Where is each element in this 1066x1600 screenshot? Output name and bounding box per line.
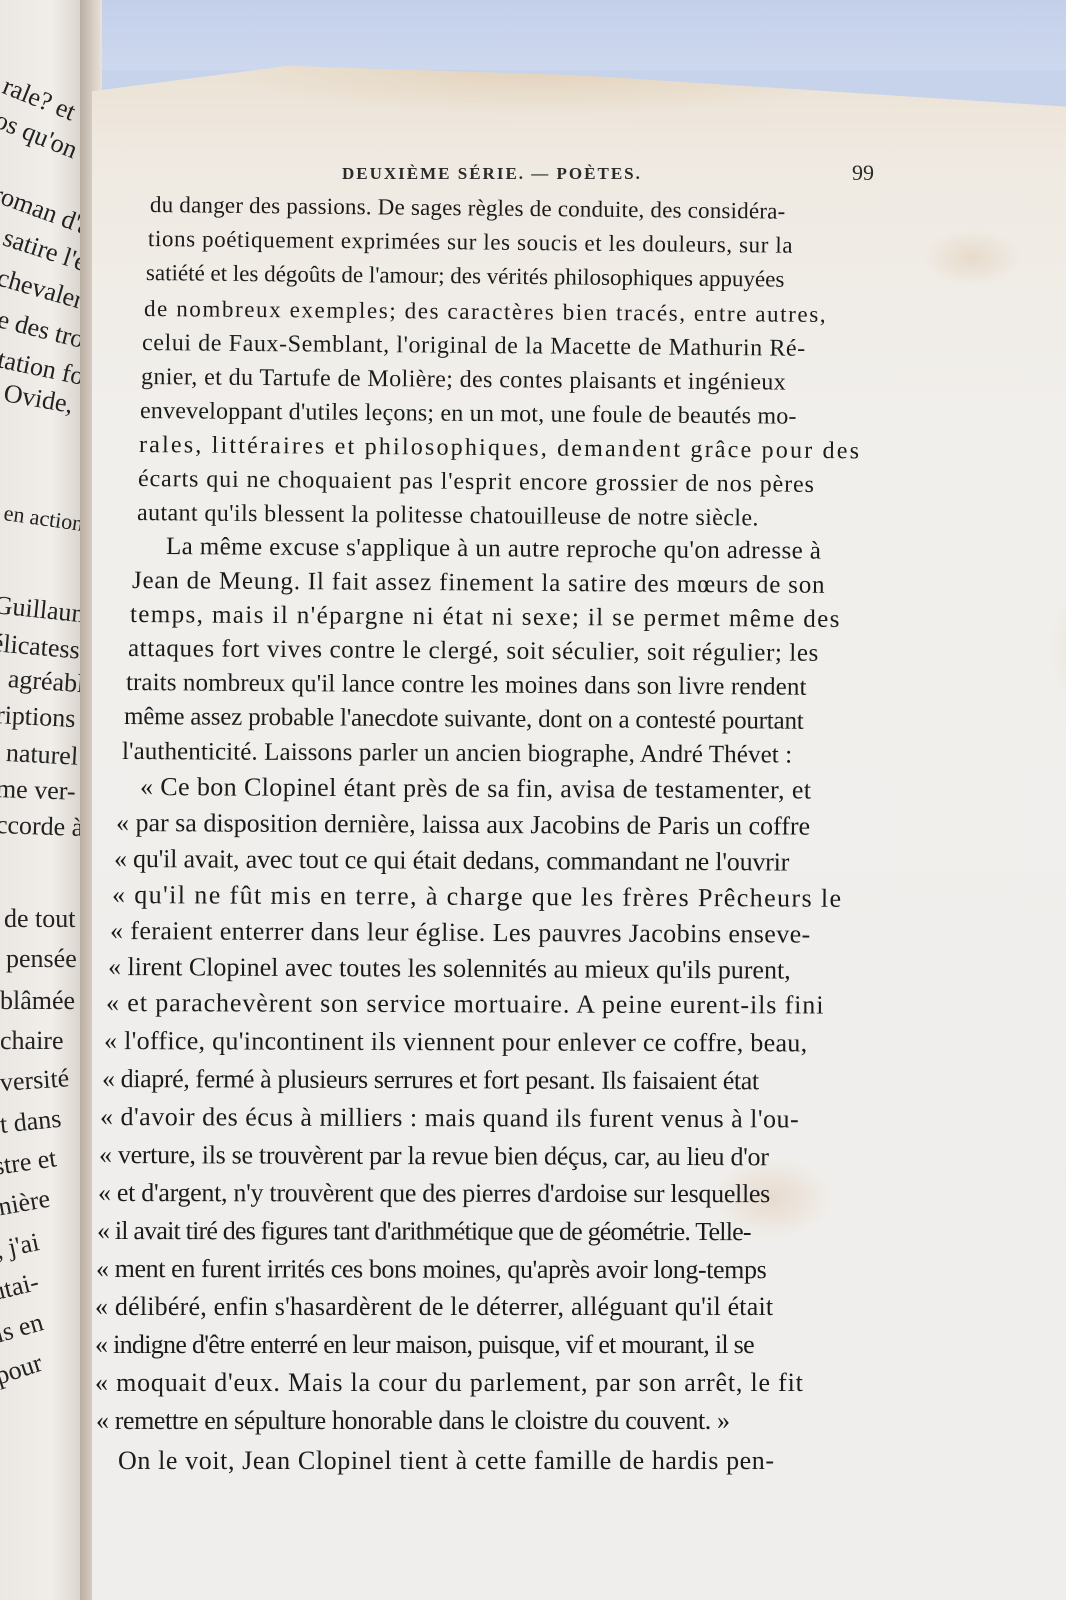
quote-line: « et parachevèrent son service mortuaire… <box>106 988 824 1021</box>
text-line: attaques fort vives contre le clergé, so… <box>128 634 819 669</box>
quote-line: « qu'il ne fût mis en terre, à charge qu… <box>112 880 843 914</box>
text-line: celui de Faux-Semblant, l'original de la… <box>142 328 806 364</box>
quote-line: « verture, ils se trouvèrent par la revu… <box>99 1140 769 1172</box>
text-line: satiété et les dégoûts de l'amour; des v… <box>146 258 785 295</box>
quote-line: « délibéré, enfin s'hasardèrent de le dé… <box>95 1292 773 1322</box>
text-line: gnier, et du Tartufe de Molière; des con… <box>141 362 786 398</box>
text-line: l'authenticité. Laissons parler un ancie… <box>122 737 792 771</box>
quote-line: « indigne d'être enterré en leur maison,… <box>95 1330 754 1360</box>
text-line: autant qu'ils blessent la politesse chat… <box>137 498 759 533</box>
quote-line: « d'avoir des écus à milliers : mais qua… <box>100 1102 799 1134</box>
text-line: Jean de Meung. Il fait assez finement la… <box>132 566 826 601</box>
quote-line: « Ce bon Clopinel étant près de sa fin, … <box>140 772 812 806</box>
quote-line: « et d'argent, n'y trouvèrent que des pi… <box>98 1178 770 1209</box>
text-line: temps, mais il n'épargne ni état ni sexe… <box>130 600 841 635</box>
quote-line: « qu'il avait, avec tout ce qui était de… <box>114 844 789 878</box>
text-line: enveveloppant d'utiles leçons; en un mot… <box>140 396 797 432</box>
text-line: tions poétiquement exprimées sur les sou… <box>148 224 793 261</box>
text-line: On le voit, Jean Clopinel tient à cette … <box>118 1446 775 1476</box>
quote-line: « feraient enterrer dans leur église. Le… <box>110 916 811 950</box>
quote-line: « diapré, fermé à plusieurs serrures et … <box>102 1064 759 1096</box>
page-text: DEUXIÈME SÉRIE. — POÈTES. 99 du danger d… <box>0 0 1066 1600</box>
text-line: de nombreux exemples; des caractères bie… <box>144 294 827 330</box>
text-line: même assez probable l'anecdote suivante,… <box>124 702 804 737</box>
running-head: DEUXIÈME SÉRIE. — POÈTES. <box>342 164 642 184</box>
text-line: La même excuse s'applique à un autre rep… <box>166 532 822 567</box>
page-number: 99 <box>852 160 874 186</box>
quote-line: « remettre en sépulture honorable dans l… <box>96 1406 730 1436</box>
text-line: rales, littéraires et philosophiques, de… <box>139 430 861 466</box>
quote-line: « par sa disposition dernière, laissa au… <box>116 808 810 842</box>
quote-line: « ment en furent irrités ces bons moines… <box>96 1254 766 1285</box>
quote-line: « il avait tiré des figures tant d'arith… <box>97 1216 751 1247</box>
quote-line: « l'office, qu'incontinent ils viennent … <box>104 1026 808 1058</box>
text-line: traits nombreux qu'il lance contre les m… <box>126 668 807 703</box>
quote-line: « moquait d'eux. Mais la cour du parleme… <box>95 1368 804 1398</box>
quote-line: « lirent Clopinel avec toutes les solenn… <box>108 952 791 986</box>
text-line: écarts qui ne choquaient pas l'esprit en… <box>138 464 815 500</box>
text-line: du danger des passions. De sages règles … <box>150 190 786 227</box>
